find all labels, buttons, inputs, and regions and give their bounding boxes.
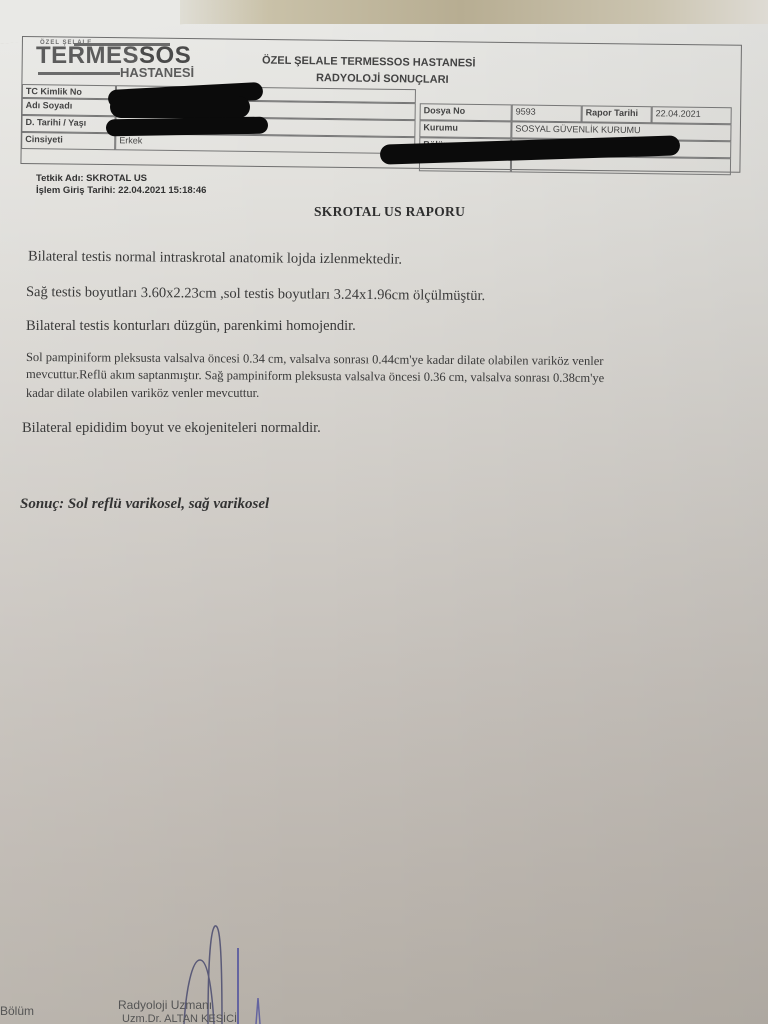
footer-signer-name: Uzm.Dr. ALTAN KESİCİ xyxy=(122,1013,237,1024)
field-label-gender: Cinsiyeti xyxy=(21,132,115,150)
footer-department-label: Bölüm xyxy=(0,1004,34,1018)
logo-main-text: TERMESSOS xyxy=(36,45,191,67)
report-title: SKROTAL US RAPORU xyxy=(314,204,465,220)
epididymis-paragraph: Bilateral epididim boyut ve ekojeniteler… xyxy=(22,420,321,437)
report-paragraph: Bilateral testis konturları düzgün, pare… xyxy=(26,318,356,335)
field-label-kurumu: Kurumu xyxy=(419,120,511,138)
redaction-mark xyxy=(110,96,250,118)
field-label-tc: TC Kimlik No xyxy=(22,84,116,99)
varicocele-line: kadar dilate olabilen variköz venler mev… xyxy=(26,385,259,401)
exam-entry-date: İşlem Giriş Tarihi: 22.04.2021 15:18:46 xyxy=(36,185,206,196)
logo-bar xyxy=(38,72,120,75)
redaction-mark xyxy=(106,117,268,137)
field-label-dob: D. Tarihi / Yaşı xyxy=(21,115,115,133)
exam-name: Tetkik Adı: SKROTAL US xyxy=(36,173,147,184)
field-value-dosya: 9593 xyxy=(512,104,582,122)
logo-sub-text: HASTANESİ xyxy=(120,65,194,80)
field-label-rapor-tarihi: Rapor Tarihi xyxy=(582,105,652,123)
footer-signer-title: Radyoloji Uzmanı xyxy=(118,998,212,1012)
hospital-subtitle: RADYOLOJİ SONUÇLARI xyxy=(316,72,449,86)
hospital-logo: ÖZEL ŞELALE TERMESSOS HASTANESİ xyxy=(34,40,214,82)
field-label-name: Adı Soyadı xyxy=(22,98,116,116)
report-paragraph: Bilateral testis normal intraskrotal ana… xyxy=(28,248,402,268)
report-conclusion: Sonuç: Sol reflü varikosel, sağ varikose… xyxy=(20,496,269,513)
field-value-rapor-tarihi: 22.04.2021 xyxy=(652,106,732,124)
field-label-dosya: Dosya No xyxy=(420,103,512,121)
